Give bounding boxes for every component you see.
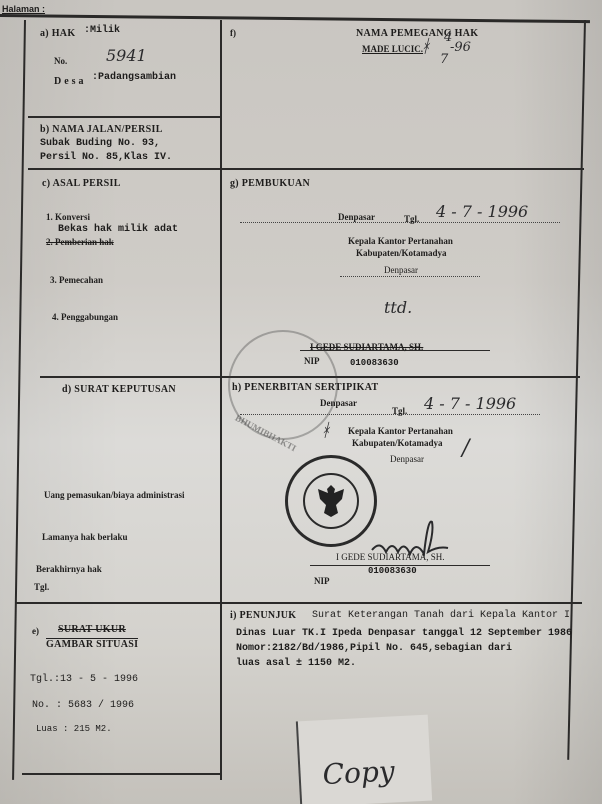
penunjuk-line1: Surat Keterangan Tanah dari Kepala Kanto… [312,610,570,621]
pembukuan-official-1: Kepala Kantor Pertanahan [348,236,453,246]
nama-jalan-title: b) NAMA JALAN/PERSIL [40,124,163,135]
gambar-luas: Luas : 215 M2. [36,724,112,734]
hak-type: :Milik [84,25,120,36]
asal-item-4: 4. Penggabungan [52,312,118,322]
divider-row3 [16,602,582,604]
penerbitan-date: 4 - 7 - 1996 [424,394,516,413]
asal-item-2: 2. Pemberian hak [46,237,114,247]
gambar-tgl: Tgl.:13 - 5 - 1996 [30,674,138,685]
pembukuan-official-city: Denpasar [384,265,418,275]
nama-pemegang-label: NAMA PEMEGANG HAK [356,28,478,39]
paraf-date-mid: -96 [450,40,471,55]
pembukuan-city: Denpasar [338,212,375,222]
gambar-no: No. : 5683 / 1996 [32,700,134,711]
asal-item-1-detail: Bekas hak milik adat [58,224,178,235]
pembukuan-tgl-label: Tgl. [404,214,419,224]
approval-slash: / [462,436,469,461]
hak-title: a) HAK [40,28,75,39]
surat-keputusan-title: d) SURAT KEPUTUSAN [62,384,176,395]
gambar-situasi-title: GAMBAR SITUASI [46,638,138,650]
page-number-label: Halaman : [2,4,45,14]
divider-row1 [28,168,584,170]
pembukuan-date-line [240,222,560,223]
penerbitan-name: I GEDE SUDIARTAMA, SH. [336,552,445,562]
tgl-label-d: Tgl. [34,582,49,592]
penerbitan-nip: 010083630 [368,566,417,576]
official-stamp [285,455,377,547]
berakhirnya-label: Berakhirnya hak [36,564,102,574]
penerbitan-official-city: Denpasar [390,454,424,464]
uang-label: Uang pemasukan/biaya administrasi [44,490,185,500]
pembukuan-nip: 010083630 [350,358,399,368]
copy-sticky-note: Copy [296,715,432,804]
surat-ukur-struck: SURAT UKUR [58,624,126,635]
penerbitan-title: h) PENERBITAN SERTIPIKAT [232,382,379,393]
desa-label: Desa [54,76,87,87]
penerbitan-nip-label: NIP [314,576,330,586]
divider-a-b [28,116,220,118]
paraf-date-bottom: 7 [440,52,448,67]
penerbitan-paraf: ᚼ [320,420,331,441]
pembukuan-city-line [340,276,480,277]
paraf-mark: ᚼ [420,36,431,57]
pembukuan-date: 4 - 7 - 1996 [436,202,528,221]
pembukuan-name: I GEDE SUDIARTAMA, SH. [310,342,423,352]
copy-note-text: Copy [322,754,396,791]
pembukuan-signature: ttd. [384,298,412,317]
penunjuk-line3: Nomor:2182/Bd/1986,Pipil No. 645,sebagia… [236,643,512,654]
no-value: 5941 [106,46,147,65]
penerbitan-official-2: Kabupaten/Kotamadya [352,438,443,448]
penerbitan-city: Denpasar [320,398,357,408]
desa-value: :Padangsambian [92,72,176,83]
center-divider [220,20,222,780]
penerbitan-date-line [240,414,540,415]
pembukuan-official-2: Kabupaten/Kotamadya [356,248,447,258]
pembukuan-title: g) PEMBUKUAN [230,178,310,189]
penunjuk-line2: Dinas Luar TK.I Ipeda Denpasar tanggal 1… [236,628,572,639]
lamanya-label: Lamanya hak berlaku [42,532,128,542]
asal-persil-title: c) ASAL PERSIL [42,178,121,189]
penunjuk-line4: luas asal ± 1150 M2. [236,658,356,669]
nama-jalan-line1: Subak Buding No. 93, [40,138,160,149]
penunjuk-title: i) PENUNJUK [230,610,296,621]
asal-item-1: 1. Konversi [46,212,90,222]
left-border [12,20,26,780]
nama-jalan-line2: Persil No. 85,Klas IV. [40,152,172,163]
f-title: f) [230,28,236,38]
penerbitan-official-1: Kepala Kantor Pertanahan [348,426,453,436]
asal-item-3: 3. Pemecahan [50,275,103,285]
right-border [567,20,586,760]
stamp-inner-ring [303,473,359,529]
gambar-prefix: e) [32,626,39,636]
garuda-emblem-icon [305,475,357,527]
bottom-border [22,773,222,775]
no-label: No. [54,56,67,66]
penerbitan-tgl-label: Tgl. [392,406,407,416]
nama-pemegang-value: MADE LUCIC. [362,44,423,54]
top-border-line [0,14,590,23]
